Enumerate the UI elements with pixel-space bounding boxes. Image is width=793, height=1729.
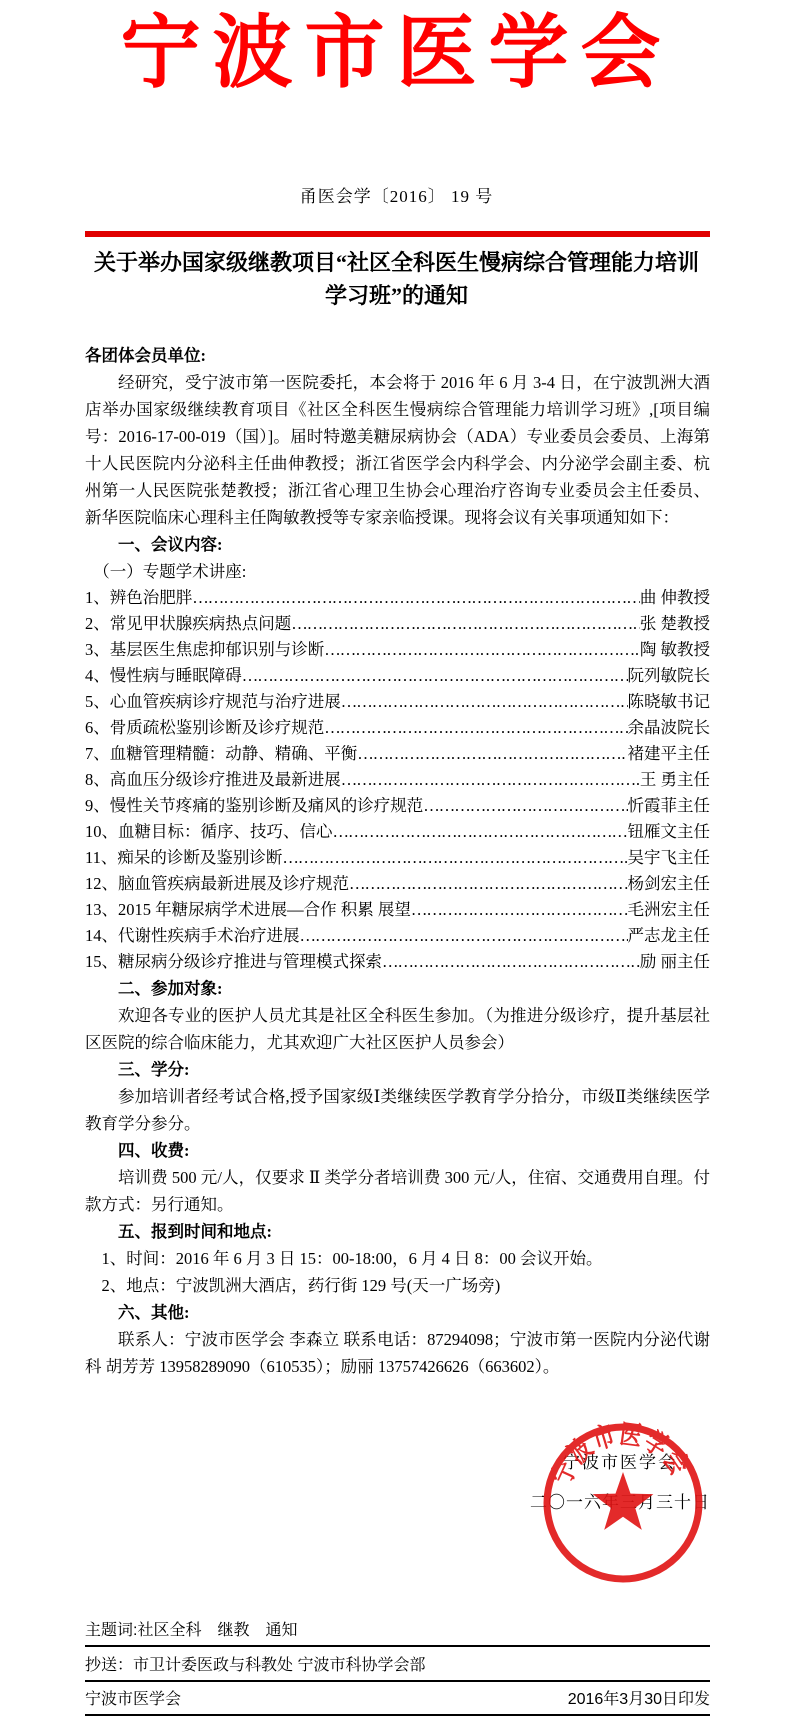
section-2-text: 欢迎各专业的医护人员尤其是社区全科医生参加。（为推进分级诊疗，提升基层社区医院的…: [85, 1002, 710, 1056]
section-4-text: 培训费 500 元/人，仅要求 Ⅱ 类学分者培训费 300 元/人，住宿、交通费…: [85, 1164, 710, 1218]
cc-row: 抄送：市卫计委医政与科教处 宁波市科协学会部: [85, 1647, 710, 1682]
section-1-heading: 一、会议内容:: [85, 531, 710, 558]
dotted-leader: ……………………………………………………………………………………………………………: [291, 611, 640, 637]
document-number: 甬医会学〔2016〕 19 号: [0, 182, 793, 207]
lecture-topic: 4、慢性病与睡眠障碍: [85, 663, 242, 689]
lecture-speaker: 钮雁文主任: [628, 819, 711, 845]
keywords-value: 社区全科 继教 通知: [137, 1622, 297, 1639]
svg-text:宁波市医学会: 宁波市医学会: [546, 1419, 695, 1489]
dotted-leader: ……………………………………………………………………………………………………………: [333, 819, 628, 845]
section-1-subheading: （一）专题学术讲座:: [85, 558, 710, 585]
dotted-leader: ……………………………………………………………………………………………………………: [349, 871, 628, 897]
dotted-leader: ……………………………………………………………………………………………………………: [382, 949, 640, 975]
lecture-item: 6、骨质疏松鉴别诊断及诊疗规范……………………………………………………………………: [85, 715, 710, 741]
notice-title: 关于举办国家级继教项目“社区全科医生慢病综合管理能力培训学习班”的通知: [85, 246, 709, 312]
lecture-topic: 8、高血压分级诊疗推进及最新进展: [85, 767, 341, 793]
salutation: 各团体会员单位:: [85, 342, 710, 369]
dotted-leader: ……………………………………………………………………………………………………………: [411, 897, 628, 923]
lecture-topic: 11、痴呆的诊断及鉴别诊断: [85, 845, 282, 871]
lecture-speaker: 毛洲宏主任: [628, 897, 711, 923]
notice-body: 各团体会员单位: 经研究，受宁波市第一医院委托，本会将于 2016 年 6 月 …: [85, 342, 710, 1380]
document-footer: 主题词:社区全科 继教 通知 抄送：市卫计委医政与科教处 宁波市科协学会部 宁波…: [85, 1618, 710, 1716]
official-seal-stamp: 宁波市医学会: [537, 1416, 709, 1588]
lecture-topic: 13、2015 年糖尿病学术进展—合作 积累 展望: [85, 897, 411, 923]
lecture-topic: 3、基层医生焦虑抑郁识别与诊断: [85, 637, 324, 663]
lecture-item: 5、心血管疾病诊疗规范与治疗进展…………………………………………………………………: [85, 689, 710, 715]
print-date: 2016年3月30日印发: [568, 1689, 710, 1711]
seal-star-icon: [593, 1472, 654, 1530]
organization-masthead: 宁波市医学会: [0, 0, 793, 100]
lecture-item: 12、脑血管疾病最新进展及诊疗规范………………………………………………………………: [85, 871, 710, 897]
intro-paragraph: 经研究，受宁波市第一医院委托，本会将于 2016 年 6 月 3-4 日，在宁波…: [85, 369, 710, 531]
dotted-leader: ……………………………………………………………………………………………………………: [324, 637, 640, 663]
lecture-item: 2、常见甲状腺疾病热点问题…………………………………………………………………………: [85, 611, 710, 637]
section-2-heading: 二、参加对象:: [85, 975, 710, 1002]
lecture-item: 15、糖尿病分级诊疗推进与管理模式探索…………………………………………………………: [85, 949, 710, 975]
lecture-topic: 10、血糖目标：循序、技巧、信心: [85, 819, 333, 845]
lecture-list: 1、辨色治肥胖…………………………………………………………………………………………: [85, 585, 710, 975]
lecture-speaker: 曲 伸教授: [640, 585, 710, 611]
keywords-label: 主题词:: [85, 1622, 137, 1639]
lecture-topic: 14、代谢性疾病手术治疗进展: [85, 923, 300, 949]
lecture-item: 14、代谢性疾病手术治疗进展………………………………………………………………………: [85, 923, 710, 949]
lecture-item: 11、痴呆的诊断及鉴别诊断…………………………………………………………………………: [85, 845, 710, 871]
lecture-speaker: 王 勇主任: [640, 767, 710, 793]
lecture-topic: 9、慢性关节疼痛的鉴别诊断及痛风的诊疗规范: [85, 793, 423, 819]
section-5-heading: 五、报到时间和地点:: [85, 1218, 710, 1245]
lecture-speaker: 严志龙主任: [628, 923, 711, 949]
dotted-leader: ……………………………………………………………………………………………………………: [242, 663, 628, 689]
dotted-leader: ……………………………………………………………………………………………………………: [423, 793, 627, 819]
section-5-item-time: 1、时间：2016 年 6 月 3 日 15：00-18:00，6 月 4 日 …: [85, 1245, 710, 1272]
lecture-speaker: 忻霞菲主任: [628, 793, 711, 819]
dotted-leader: ……………………………………………………………………………………………………………: [341, 689, 628, 715]
lecture-speaker: 励 丽主任: [640, 949, 710, 975]
keywords-row: 主题词:社区全科 继教 通知: [85, 1618, 710, 1647]
issuer-name: 宁波市医学会: [85, 1689, 181, 1711]
lecture-topic: 15、糖尿病分级诊疗推进与管理模式探索: [85, 949, 382, 975]
lecture-speaker: 张 楚教授: [640, 611, 710, 637]
lecture-speaker: 陈晓敏书记: [628, 689, 711, 715]
lecture-topic: 7、血糖管理精髓：动静、精确、平衡: [85, 741, 357, 767]
lecture-item: 9、慢性关节疼痛的鉴别诊断及痛风的诊疗规范……………………………………………………: [85, 793, 710, 819]
lecture-item: 1、辨色治肥胖…………………………………………………………………………………………: [85, 585, 710, 611]
lecture-topic: 12、脑血管疾病最新进展及诊疗规范: [85, 871, 349, 897]
lecture-speaker: 吴宇飞主任: [628, 845, 711, 871]
seal-curved-text: 宁波市医学会: [546, 1419, 695, 1489]
red-divider-rule: [85, 231, 710, 237]
dotted-leader: ……………………………………………………………………………………………………………: [341, 767, 640, 793]
lecture-item: 10、血糖目标：循序、技巧、信心…………………………………………………………………: [85, 819, 710, 845]
section-5-item-place: 2、地点：宁波凯洲大酒店，药行街 129 号(天一广场旁): [85, 1272, 710, 1299]
lecture-item: 3、基层医生焦虑抑郁识别与诊断……………………………………………………………………: [85, 637, 710, 663]
document-page: 宁波市医学会 甬医会学〔2016〕 19 号 关于举办国家级继教项目“社区全科医…: [0, 0, 793, 1729]
lecture-speaker: 余晶波院长: [628, 715, 711, 741]
lecture-topic: 1、辨色治肥胖: [85, 585, 192, 611]
lecture-topic: 2、常见甲状腺疾病热点问题: [85, 611, 291, 637]
lecture-item: 4、慢性病与睡眠障碍…………………………………………………………………………………: [85, 663, 710, 689]
section-3-heading: 三、学分:: [85, 1056, 710, 1083]
section-4-heading: 四、收费:: [85, 1137, 710, 1164]
issuer-row: 宁波市医学会 2016年3月30日印发: [85, 1682, 710, 1716]
dotted-leader: ……………………………………………………………………………………………………………: [357, 741, 627, 767]
cc-value: 市卫计委医政与科教处 宁波市科协学会部: [133, 1657, 425, 1674]
lecture-topic: 5、心血管疾病诊疗规范与治疗进展: [85, 689, 341, 715]
section-6-heading: 六、其他:: [85, 1299, 710, 1326]
lecture-speaker: 褚建平主任: [628, 741, 711, 767]
lecture-item: 7、血糖管理精髓：动静、精确、平衡………………………………………………………………: [85, 741, 710, 767]
dotted-leader: ……………………………………………………………………………………………………………: [192, 585, 640, 611]
dotted-leader: ……………………………………………………………………………………………………………: [282, 845, 627, 871]
section-6-text: 联系人：宁波市医学会 李森立 联系电话：87294098；宁波市第一医院内分泌代…: [85, 1326, 710, 1380]
section-3-text: 参加培训者经考试合格,授予国家级Ⅰ类继续医学教育学分拾分，市级Ⅱ类继续医学教育学…: [85, 1083, 710, 1137]
lecture-speaker: 阮列敏院长: [628, 663, 711, 689]
cc-label: 抄送：: [85, 1657, 133, 1674]
lecture-speaker: 陶 敏教授: [640, 637, 710, 663]
dotted-leader: ……………………………………………………………………………………………………………: [300, 923, 628, 949]
dotted-leader: ……………………………………………………………………………………………………………: [324, 715, 627, 741]
lecture-item: 13、2015 年糖尿病学术进展—合作 积累 展望 ………………………………………: [85, 897, 710, 923]
lecture-item: 8、高血压分级诊疗推进及最新进展…………………………………………………………………: [85, 767, 710, 793]
lecture-speaker: 杨剑宏主任: [628, 871, 711, 897]
lecture-topic: 6、骨质疏松鉴别诊断及诊疗规范: [85, 715, 324, 741]
